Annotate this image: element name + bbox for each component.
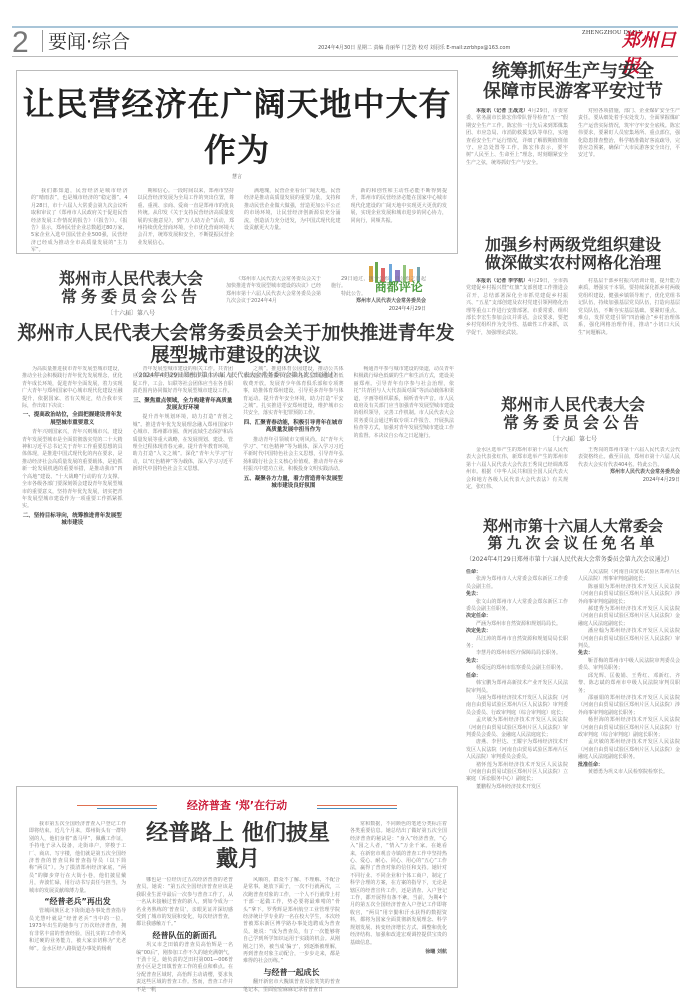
appointment-entry: 邵丽娟的郑州经济技术开发区人民法院（河南自由贸易试验区郑州片区人民法院）涉外商事… [578, 695, 680, 717]
party-building-article: 加强乡村两级党组织建设 做深做实农村网格化治理 本报讯（记者 李学航）4月29日… [466, 236, 680, 384]
notice-8-title-1: 郑州市人民代表大会 [56, 270, 206, 288]
resolution-heading-5: 五、凝聚各方力量，着力营造青年发展型城市建设良好氛围 [243, 476, 344, 491]
notice-7: 郑州市人民代表大会 常务委员会公告 〔十六届〕第七号 金水区选举产生的郑州市第十… [466, 396, 680, 499]
appointment-entry: 李慧丹的郑州市医疗保障局局长职务。 [466, 650, 568, 657]
appointment-entry: 张涛为郑州市人大常委会郑东新区工作委员会副主任。 [466, 576, 568, 591]
lead-article: 让民营经济在广阔天地中大有作为 慧言 我们都知道，民营经济是城市经济的“晴雨表”… [16, 70, 458, 254]
notice-8-body: 《郑州市人民代表大会常务委员会关于加快推进青年发展型城市建设的决议》已经郑州市第… [226, 276, 426, 320]
resolution-heading-2: 二、坚持目标导向，统筹推进青年发展型城市建设 [22, 513, 123, 528]
appointment-entry: 褚怀莲为郑州经济技术开发区人民法院（河南自由贸易试验区郑州片区人民法院）立案庭（… [466, 762, 568, 784]
safety-article: 统筹抓好生产与安全 保障市民游客平安过节 本报讯（记者 王战龙）4月29日，市委… [466, 62, 680, 222]
appointment-entry: 孟庆敏的郑州经济技术开发区人民法院（河南自由贸易试验区郑州片区人民法院）金融庭人… [578, 739, 680, 761]
resolution-heading-4: 四、汇聚青春动能，积极引导青年在城市高质量发展中担当作为 [243, 420, 344, 435]
notice-7-date: 2024年4月29日 [578, 477, 680, 484]
party-headline-1: 加强乡村两级党组织建设 [466, 236, 680, 254]
header-rule [12, 26, 678, 28]
census-banner-text: 经济普查 ‘郑’在行动 [157, 797, 317, 813]
appointment-entry: 孟庆敏为郑州经济技术开发区人民法院（河南自由贸易试验区郑州片区人民法院）审判委员… [466, 717, 568, 739]
safety-col-2: 对照各项措施，部门、企业煤矿安全生产责任。要从细处着手实处发力，全面掌握煤矿生产… [578, 108, 680, 220]
notice-8-heading: 郑州市人民代表大会 常务委员会公告 〔十六届〕第八号 [56, 270, 206, 317]
appointment-entry: 黄德勇为巩义市人民检察院检察长。 [578, 769, 680, 776]
appointment-entry: 靳晋梅的郑州市中级人民法院审判委员会委员、审判员职务； [578, 658, 680, 673]
census-signer: 徐曦 刘航 [350, 949, 447, 956]
appointments-subtitle: （2024年4月29日郑州市第十六届人民代表大会常务委员会第九次会议通过） [466, 554, 680, 563]
appointment-entry: 郝建秀为郑州经济技术开发区人民法院（河南自由贸易试验区郑州片区人民法院）金融庭人… [578, 606, 680, 628]
lead-byline: 慧言 [17, 173, 457, 180]
safety-col-1: 本报讯（记者 王战龙）4月29日，市委常委、常务副市长陈宏伟带队督导检查“五一”… [466, 108, 568, 220]
safety-headline-1: 统筹抓好生产与安全 [466, 62, 680, 82]
census-feature: 经济普查 ‘郑’在行动 我市第五次全国经济普查入户登记工作即将结束。近几个月来，… [16, 786, 458, 988]
section-title: 要闻·综合 [48, 32, 130, 52]
census-subhead-1: “经普老兵”再出发 [29, 898, 126, 905]
notice-8-date: 2024年4月29日 [331, 306, 426, 313]
safety-headline-2: 保障市民游客平安过节 [466, 82, 680, 102]
census-subhead-3: 与经普一起成长 [243, 969, 340, 976]
resolution-body: 为高质量推进我市青年发展型城市建设，推动全社会积极践行青年优先发展理念，优化青年… [22, 366, 454, 766]
appointments-col-2: 人民法院（河南自由贸易试验区郑州片区人民法院）刑事审判庭副庭长；陈丽娟为郑州经济… [578, 569, 680, 899]
appointment-entry: 吕江涛的郑州市自然资源和规划局局长职务； [466, 636, 568, 651]
appointment-entry: 唐燕、李世达、王耀宇为郑州经济技术开发区人民法院（河南自由贸易试验区郑州片区人民… [466, 739, 568, 761]
resolution-heading-3: 三、聚焦重点领域，全力构建青年高质量发展友好环境 [133, 398, 234, 413]
appointment-label: 批准任命： [578, 762, 680, 769]
lead-col-4: 新的和创性和主动性必能不断得到提升，郑州市的民营经济必能在国家中心城市现代化建设… [351, 188, 448, 252]
appointment-label: 决定免去： [466, 628, 568, 635]
appointment-entry: 潘应翰为郑州经济技术开发区人民法院（河南自由贸易试验区郑州片区人民法院）审判员。 [578, 628, 680, 650]
notice-7-number: 〔十六届〕第七号 [466, 434, 680, 443]
census-headline: 经普路上 他们披星戴月 [136, 821, 340, 873]
appointment-label: 免去： [466, 591, 568, 598]
appointment-entry: 人民法院（河南自由贸易试验区郑州片区人民法院）刑事审判庭副庭长； [578, 569, 680, 584]
notice-7-signer: 郑州市人民代表大会常务委员会 [578, 469, 680, 476]
appointment-entry: 韩宝鹏为郑州高新技术产业开发区人民法院审判员。 [466, 680, 568, 695]
dateline: 2024年4月30日 星期二 责编 肖丽华 门芝浩 校对 刘羽乐 E-mail:… [318, 44, 510, 51]
notice-8-title-2: 常务委员会公告 [56, 288, 206, 306]
appointment-entry: 董鹏程为郑州经济技术开发区 [466, 784, 568, 791]
header-bottom-rule [12, 56, 678, 57]
appointment-entry: 杨世海的郑州经济技术开发区人民法院（河南自由贸易试验区郑州片区人民法院）行政审判… [578, 717, 680, 739]
census-subhead-2: 经普队伍的新面孔 [136, 932, 233, 939]
appointment-label: 任命： [466, 673, 568, 680]
notice-7-title-1: 郑州市人民代表大会 [466, 396, 680, 414]
appointment-entry: 陈丽娟为郑州经济技术开发区人民法院（河南自由贸易试验区郑州片区人民法院）涉外商事… [578, 584, 680, 606]
resolution-headline: 郑州市人民代表大会常务委员会关于加快推进青年发展型城市建设的决议 [16, 322, 456, 366]
lead-headline: 让民营经济在广阔天地中大有作为 [17, 79, 457, 171]
notice-7-title-2: 常务委员会公告 [466, 414, 680, 432]
appointment-entry: 杨爱远的郑州市监察委员会副主任职务。 [466, 665, 568, 672]
appointment-label: 免去： [578, 650, 680, 657]
page-number: 2 [12, 28, 29, 58]
appointment-entry: 邱光辉、匡俊娟、王秀红、邓新红、齐黎、陈志斌的郑州市中级人民法院审判员职务； [578, 673, 680, 695]
appointment-entry: 张文山的郑州市人大常委会郑东新区工作委员会副主任职务。 [466, 599, 568, 614]
resolution-heading-1: 一、提高政治站位，全面把握建设青年发展型城市重要意义 [22, 412, 123, 427]
header-divider [42, 30, 43, 52]
notice-8-number: 〔十六届〕第八号 [56, 308, 206, 317]
notice-8-signer: 郑州市人民代表大会常务委员会 [331, 298, 426, 305]
party-headline-2: 做深做实农村网格化治理 [466, 254, 680, 272]
census-banner: 经济普查 ‘郑’在行动 [17, 795, 457, 817]
appointment-entry: 马丽为郑州经济技术开发区人民法院（河南自由贸易试验区郑州片区人民法院）审判委员会… [466, 695, 568, 717]
appointment-label: 决定任命： [466, 613, 568, 620]
appointments-title-2: 第九次会议任免名单 [466, 535, 680, 552]
appointments-title-1: 郑州市第十六届人大常委会 [466, 518, 680, 535]
party-col-2: 村基层干部乡村振兴培训计划，提升能力素质，增强实干本领。要持续深化抓乡村两级党组… [578, 278, 680, 378]
appointments-col-1: 任命：张涛为郑州市人大常委会郑东新区工作委员会副主任。免去：张文山的郑州市人大常… [466, 569, 568, 899]
appointments-list: 郑州市第十六届人大常委会 第九次会议任免名单 （2024年4月29日郑州市第十六… [466, 518, 680, 899]
party-col-1: 本报讯（记者 李学航）4月29日，全市抓党建促乡村振兴暨“红旗”支部创建工作推进… [466, 278, 568, 378]
